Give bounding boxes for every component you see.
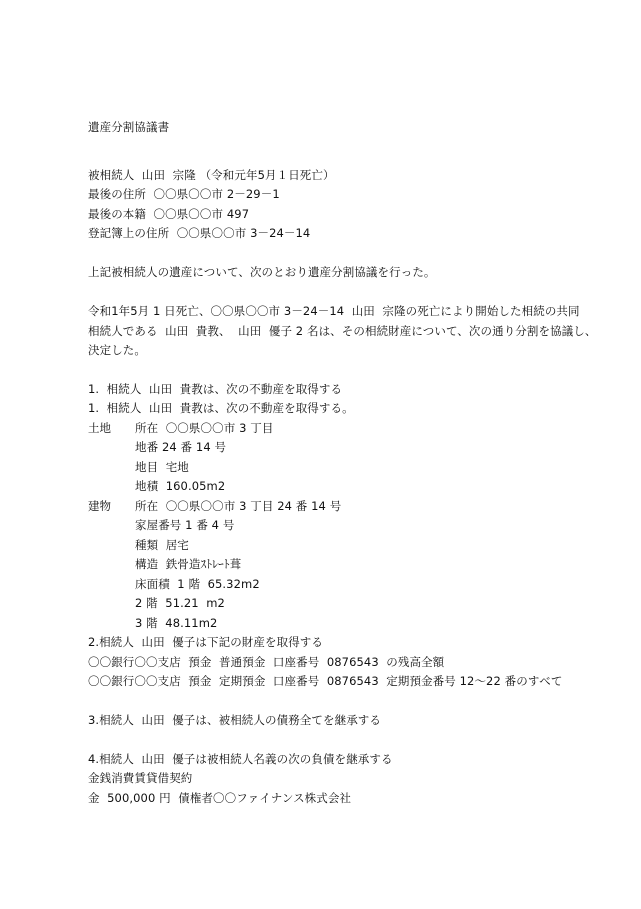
intro-text: 上記被相続人の遺産について、次のとおり遺産分割協議を行った。	[88, 265, 436, 279]
statement-line-3: 決定した。	[88, 343, 146, 357]
last-domicile: 最後の本籍 〇〇県〇〇市 497	[88, 207, 249, 221]
land-label: 土地	[88, 421, 111, 435]
building-item: 構造 鉄骨造ｽﾄﾚｰﾄ葺	[135, 557, 241, 571]
section1-heading-a: 1. 相続人 山田 貴教は、次の不動産を取得する	[88, 382, 342, 396]
section2-item: 〇〇銀行〇〇支店 預金 定期預金 口座番号 0876543 定期預金番号 12～…	[88, 674, 562, 688]
registry-address: 登記簿上の住所 〇〇県〇〇市 3－24－14	[88, 226, 310, 240]
document-title: 遺産分割協議書	[88, 120, 169, 134]
section3-heading: 3.相続人 山田 優子は、被相続人の債務全てを継承する	[88, 713, 381, 727]
section2-item: 〇〇銀行〇〇支店 預金 普通預金 口座番号 0876543 の残高全額	[88, 655, 444, 669]
land-item: 所在 〇〇県〇〇市 3 丁目	[135, 421, 273, 435]
land-item: 地番 24 番 14 号	[135, 440, 226, 454]
section4-amount: 金 500,000 円 債権者〇〇ファイナンス株式会社	[88, 791, 351, 805]
last-address: 最後の住所 〇〇県〇〇市 2－29－1	[88, 187, 280, 201]
statement-line-2: 相続人である 山田 貴教、 山田 優子 2 名は、その相続財産について、次の通り…	[88, 324, 597, 338]
building-item: 3 階 48.11m2	[135, 616, 217, 630]
building-item: 床面積 1 階 65.32m2	[135, 577, 260, 591]
land-item: 地目 宅地	[135, 460, 189, 474]
land-item: 地積 160.05m2	[135, 479, 225, 493]
building-item: 家屋番号 1 番 4 号	[135, 518, 234, 532]
building-item: 種類 居宅	[135, 538, 189, 552]
document-page: 遺産分割協議書 被相続人 山田 宗隆 （令和元年5月１日死亡） 最後の住所 〇〇…	[0, 0, 641, 909]
section1-heading-b: 1. 相続人 山田 貴教は、次の不動産を取得する。	[88, 401, 354, 415]
building-item: 所在 〇〇県〇〇市 3 丁目 24 番 14 号	[135, 499, 341, 513]
building-label: 建物	[88, 499, 111, 513]
section4-contract: 金銭消費賃貸借契約	[88, 771, 192, 785]
decedent-line: 被相続人 山田 宗隆 （令和元年5月１日死亡）	[88, 168, 335, 182]
building-item: 2 階 51.21 m2	[135, 596, 225, 610]
section2-heading: 2.相続人 山田 優子は下記の財産を取得する	[88, 635, 323, 649]
section4-heading: 4.相続人 山田 優子は被相続人名義の次の負債を継承する	[88, 752, 393, 766]
statement-line-1: 令和1年5月 1 日死亡、〇〇県〇〇市 3－24－14 山田 宗隆の死亡により開…	[88, 304, 580, 318]
